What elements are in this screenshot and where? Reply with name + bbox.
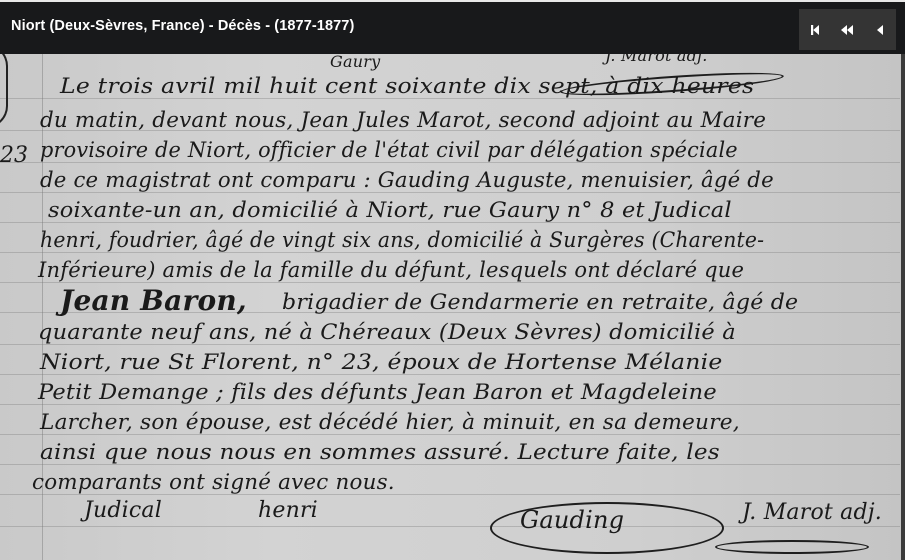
text-line-2: du matin, devant nous, Jean Jules Marot,… bbox=[40, 108, 766, 132]
ruled-line bbox=[0, 222, 900, 223]
ruled-line bbox=[0, 464, 900, 465]
fast-backward-button[interactable] bbox=[831, 9, 863, 50]
text-line-11: Petit Demange ; fils des défunts Jean Ba… bbox=[38, 380, 717, 404]
annotation-gaury: Gaury bbox=[330, 54, 380, 71]
viewer-header: Niort (Deux-Sèvres, France) - Décès - (1… bbox=[0, 0, 905, 54]
signature-flourish bbox=[715, 540, 869, 554]
ruled-line bbox=[0, 252, 900, 253]
signature-marot: J. Marot adj. bbox=[742, 500, 882, 525]
text-line-6: henri, foudrier, âgé de vingt six ans, d… bbox=[40, 228, 764, 252]
document-image-viewer[interactable]: Gaury J. Marot adj. 23 Le trois avril mi… bbox=[0, 54, 905, 560]
signature-henri: henri bbox=[258, 498, 318, 523]
signature-flourish bbox=[490, 502, 724, 554]
text-line-7: Inférieure) amis de la famille du défunt… bbox=[38, 258, 744, 282]
record-title: Niort (Deux-Sèvres, France) - Décès - (1… bbox=[11, 18, 354, 34]
text-line-12: Larcher, son épouse, est décédé hier, à … bbox=[40, 410, 740, 434]
deceased-name: Jean Baron, bbox=[60, 284, 247, 317]
ruled-line bbox=[0, 282, 900, 283]
text-line-3: provisoire de Niort, officier de l'état … bbox=[40, 138, 738, 162]
ruled-line bbox=[0, 192, 900, 193]
ruled-line bbox=[0, 344, 900, 345]
skip-to-first-icon bbox=[809, 24, 821, 36]
ruled-line bbox=[0, 494, 900, 495]
ruled-line bbox=[0, 434, 900, 435]
fast-backward-icon bbox=[840, 24, 854, 36]
page-edge bbox=[901, 54, 905, 560]
text-line-13: ainsi que nous nous en sommes assuré. Le… bbox=[40, 440, 720, 464]
annotation-marot: J. Marot adj. bbox=[605, 54, 708, 65]
ruled-line bbox=[0, 526, 900, 527]
text-line-4: de ce magistrat ont comparu : Gauding Au… bbox=[40, 168, 774, 192]
text-line-9: quarante neuf ans, né à Chéreaux (Deux S… bbox=[38, 320, 736, 344]
signature-judical: Judical bbox=[84, 498, 162, 523]
text-line-14: comparants ont signé avec nous. bbox=[32, 470, 395, 494]
ruled-line bbox=[0, 162, 900, 163]
ruled-line bbox=[0, 98, 900, 99]
previous-page-button[interactable] bbox=[864, 9, 896, 50]
first-page-button[interactable] bbox=[799, 9, 831, 50]
text-line-10: Niort, rue St Florent, n° 23, époux de H… bbox=[40, 350, 723, 374]
text-line-1: Le trois avril mil huit cent soixante di… bbox=[60, 74, 754, 98]
act-number: 23 bbox=[0, 143, 28, 168]
text-line-5: soixante-un an, domicilié à Niort, rue G… bbox=[48, 198, 732, 222]
page-margin-curve bbox=[0, 54, 8, 128]
previous-icon bbox=[875, 24, 885, 36]
page-navigation bbox=[799, 9, 896, 50]
ruled-line bbox=[0, 374, 900, 375]
ruled-line bbox=[0, 404, 900, 405]
text-line-8: brigadier de Gendarmerie en retraite, âg… bbox=[282, 290, 798, 314]
